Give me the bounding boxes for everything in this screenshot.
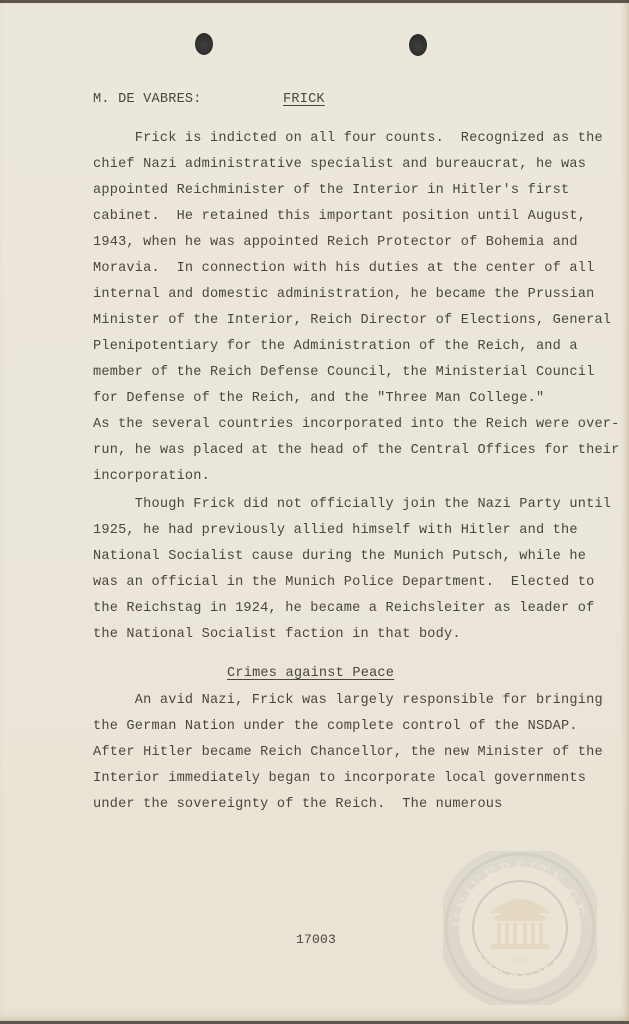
university-seal-watermark: UNIVERSITY OF VIRGINIA 1819	[443, 851, 597, 1005]
seal-year: 1819	[511, 955, 529, 963]
text-line: under the sovereignty of the Reich. The …	[93, 797, 503, 812]
document-page: M. DE VABRES: FRICK Frick is indicted on…	[0, 3, 629, 1021]
text-line: Minister of the Interior, Reich Director…	[93, 313, 611, 328]
text-line: 1943, when he was appointed Reich Protec…	[93, 235, 578, 250]
text-line: 1925, he had previously allied himself w…	[93, 523, 578, 538]
text-line: Though Frick did not officially join the…	[93, 497, 611, 512]
punch-hole-left	[195, 33, 213, 55]
text-line: An avid Nazi, Frick was largely responsi…	[93, 693, 603, 708]
text-line: Moravia. In connection with his duties a…	[93, 261, 594, 276]
text-line: the Reichstag in 1924, he became a Reich…	[93, 601, 594, 616]
text-line: Plenipotentiary for the Administration o…	[93, 339, 578, 354]
text-line: National Socialist cause during the Muni…	[93, 549, 586, 564]
header-subject: FRICK	[283, 92, 325, 107]
punch-hole-right	[409, 34, 427, 56]
text-line: internal and domestic administration, he…	[93, 287, 594, 302]
text-line: the National Socialist faction in that b…	[93, 627, 461, 642]
text-line: for Defense of the Reich, and the "Three…	[93, 391, 544, 406]
section-heading: Crimes against Peace	[227, 666, 394, 681]
text-line: Interior immediately began to incorporat…	[93, 771, 586, 786]
text-line: the German Nation under the complete con…	[93, 719, 578, 734]
text-line: chief Nazi administrative specialist and…	[93, 157, 586, 172]
rotunda-icon	[490, 899, 550, 949]
text-line: member of the Reich Defense Council, the…	[93, 365, 594, 380]
header-speaker: M. DE VABRES:	[93, 92, 202, 107]
text-line: was an official in the Munich Police Dep…	[93, 575, 594, 590]
text-line: run, he was placed at the head of the Ce…	[93, 443, 620, 458]
text-line: appointed Reichminister of the Interior …	[93, 183, 569, 198]
text-line: After Hitler became Reich Chancellor, th…	[93, 745, 603, 760]
text-line: As the several countries incorporated in…	[93, 417, 620, 432]
text-line: Frick is indicted on all four counts. Re…	[93, 131, 603, 146]
text-line: incorporation.	[93, 469, 210, 484]
page-number: 17003	[296, 932, 336, 947]
text-line: cabinet. He retained this important posi…	[93, 209, 586, 224]
